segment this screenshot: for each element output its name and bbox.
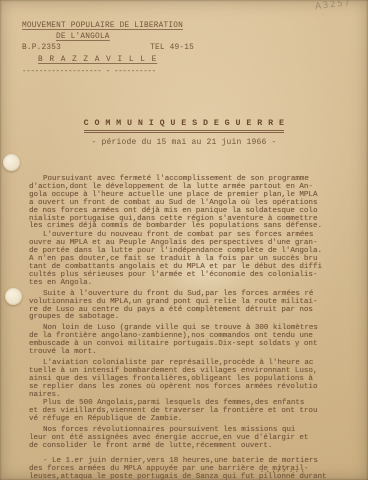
archival-mark: A3257 (315, 0, 353, 12)
po-box: B.P.2353 (22, 43, 61, 54)
title-block: C O M M U N I Q U E S D E G U E R R E - … (0, 112, 368, 147)
paragraph: L'aviation colonialiste par représaille,… (29, 360, 353, 400)
phone-number: TEL 49-15 (150, 43, 194, 54)
document-body: Poursuivant avec fermeté l'accomplisseme… (29, 176, 353, 480)
paragraph: L'ouverture du nouveau front de combat p… (29, 232, 353, 287)
letterhead: MOUVEMENT POPULAIRE DE LIBERATION DE L'A… (22, 21, 222, 78)
header-rule: ------------------- - ---------- (22, 67, 222, 78)
paragraph: Nos forces révolutionnaires poursuivent … (29, 427, 353, 451)
paragraph: Poursuivant avec fermeté l'accomplisseme… (29, 176, 353, 231)
page-subtitle: - période du 15 mai au 21 juin 1966 - (0, 138, 368, 147)
continuation-mark: ...//... (260, 466, 306, 475)
org-name-line1: MOUVEMENT POPULAIRE DE LIBERATION (22, 21, 222, 32)
city-name: B R A Z Z A V I L L E (38, 55, 222, 66)
page-title: C O M M U N I Q U E S D E G U E R R E (84, 118, 285, 133)
paragraph: Non loin de Luso (grande ville qui se tr… (29, 325, 353, 357)
punch-hole-top (3, 154, 20, 171)
document-page: A3257 MOUVEMENT POPULAIRE DE LIBERATION … (0, 0, 368, 480)
paragraph: Plus de 500 Angolais,parmi lesquels des … (29, 400, 353, 424)
paragraph: Suite à l'ouverture du front du Sud,par … (29, 291, 353, 323)
punch-hole-bottom (5, 288, 22, 305)
org-name-line2: DE L'ANGOLA (56, 32, 222, 43)
